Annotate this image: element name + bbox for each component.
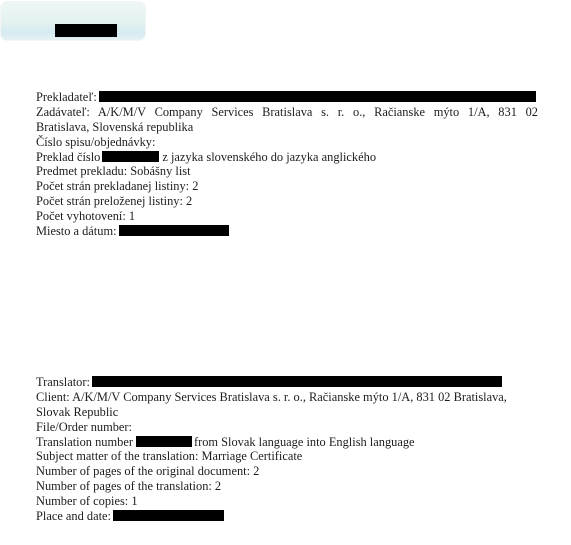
client-line: Zadávateľ: A/K/M/V Company Services Brat…: [36, 105, 538, 120]
redaction-box: [55, 24, 117, 37]
translation-number-line: Translation numberfrom Slovak language i…: [36, 435, 538, 450]
subject-matter: Predmet prekladu: Sobášny list: [36, 164, 538, 179]
english-translation-info: Translator: Client: A/K/M/V Company Serv…: [36, 375, 538, 524]
pages-translation: Počet strán preloženej listiny: 2: [36, 194, 538, 209]
slovak-translation-info: Prekladateľ: Zadávateľ: A/K/M/V Company …: [36, 90, 538, 239]
pages-original: Počet strán prekladanej listiny: 2: [36, 179, 538, 194]
place-date-line: Miesto a dátum:: [36, 224, 538, 239]
copies: Počet vyhotovení: 1: [36, 209, 538, 224]
translation-language-text: from Slovak language into English langua…: [194, 435, 415, 449]
place-date-line: Place and date:: [36, 509, 538, 524]
redaction-box: [92, 376, 502, 387]
redaction-box: [113, 510, 224, 521]
redaction-box: [119, 225, 229, 236]
copies: Number of copies: 1: [36, 494, 538, 509]
place-date-label: Miesto a dátum:: [36, 224, 117, 238]
translation-language-text: z jazyka slovenského do jazyka anglickéh…: [162, 150, 376, 164]
stamp-header: [1, 2, 145, 40]
place-date-label: Place and date:: [36, 509, 111, 523]
client-line-continued: Bratislava, Slovenská republika: [36, 120, 538, 135]
subject-matter: Subject matter of the translation: Marri…: [36, 449, 538, 464]
translation-number-label: Preklad číslo: [36, 150, 100, 164]
translator-line: Translator:: [36, 375, 538, 390]
translator-label: Translator:: [36, 375, 90, 389]
file-order-number: File/Order number:: [36, 420, 538, 435]
client-line: Client: A/K/M/V Company Services Bratisl…: [36, 390, 538, 405]
client-line-continued: Slovak Republic: [36, 405, 538, 420]
translation-number-line: Preklad čísloz jazyka slovenského do jaz…: [36, 150, 538, 165]
redaction-box: [102, 151, 159, 162]
pages-original: Number of pages of the original document…: [36, 464, 538, 479]
file-order-number: Číslo spisu/objednávky:: [36, 135, 538, 150]
translation-number-label: Translation number: [36, 435, 133, 449]
pages-translation: Number of pages of the translation: 2: [36, 479, 538, 494]
redaction-box: [99, 91, 536, 102]
translator-label: Prekladateľ:: [36, 90, 97, 104]
redaction-box: [136, 436, 192, 447]
translator-line: Prekladateľ:: [36, 90, 538, 105]
